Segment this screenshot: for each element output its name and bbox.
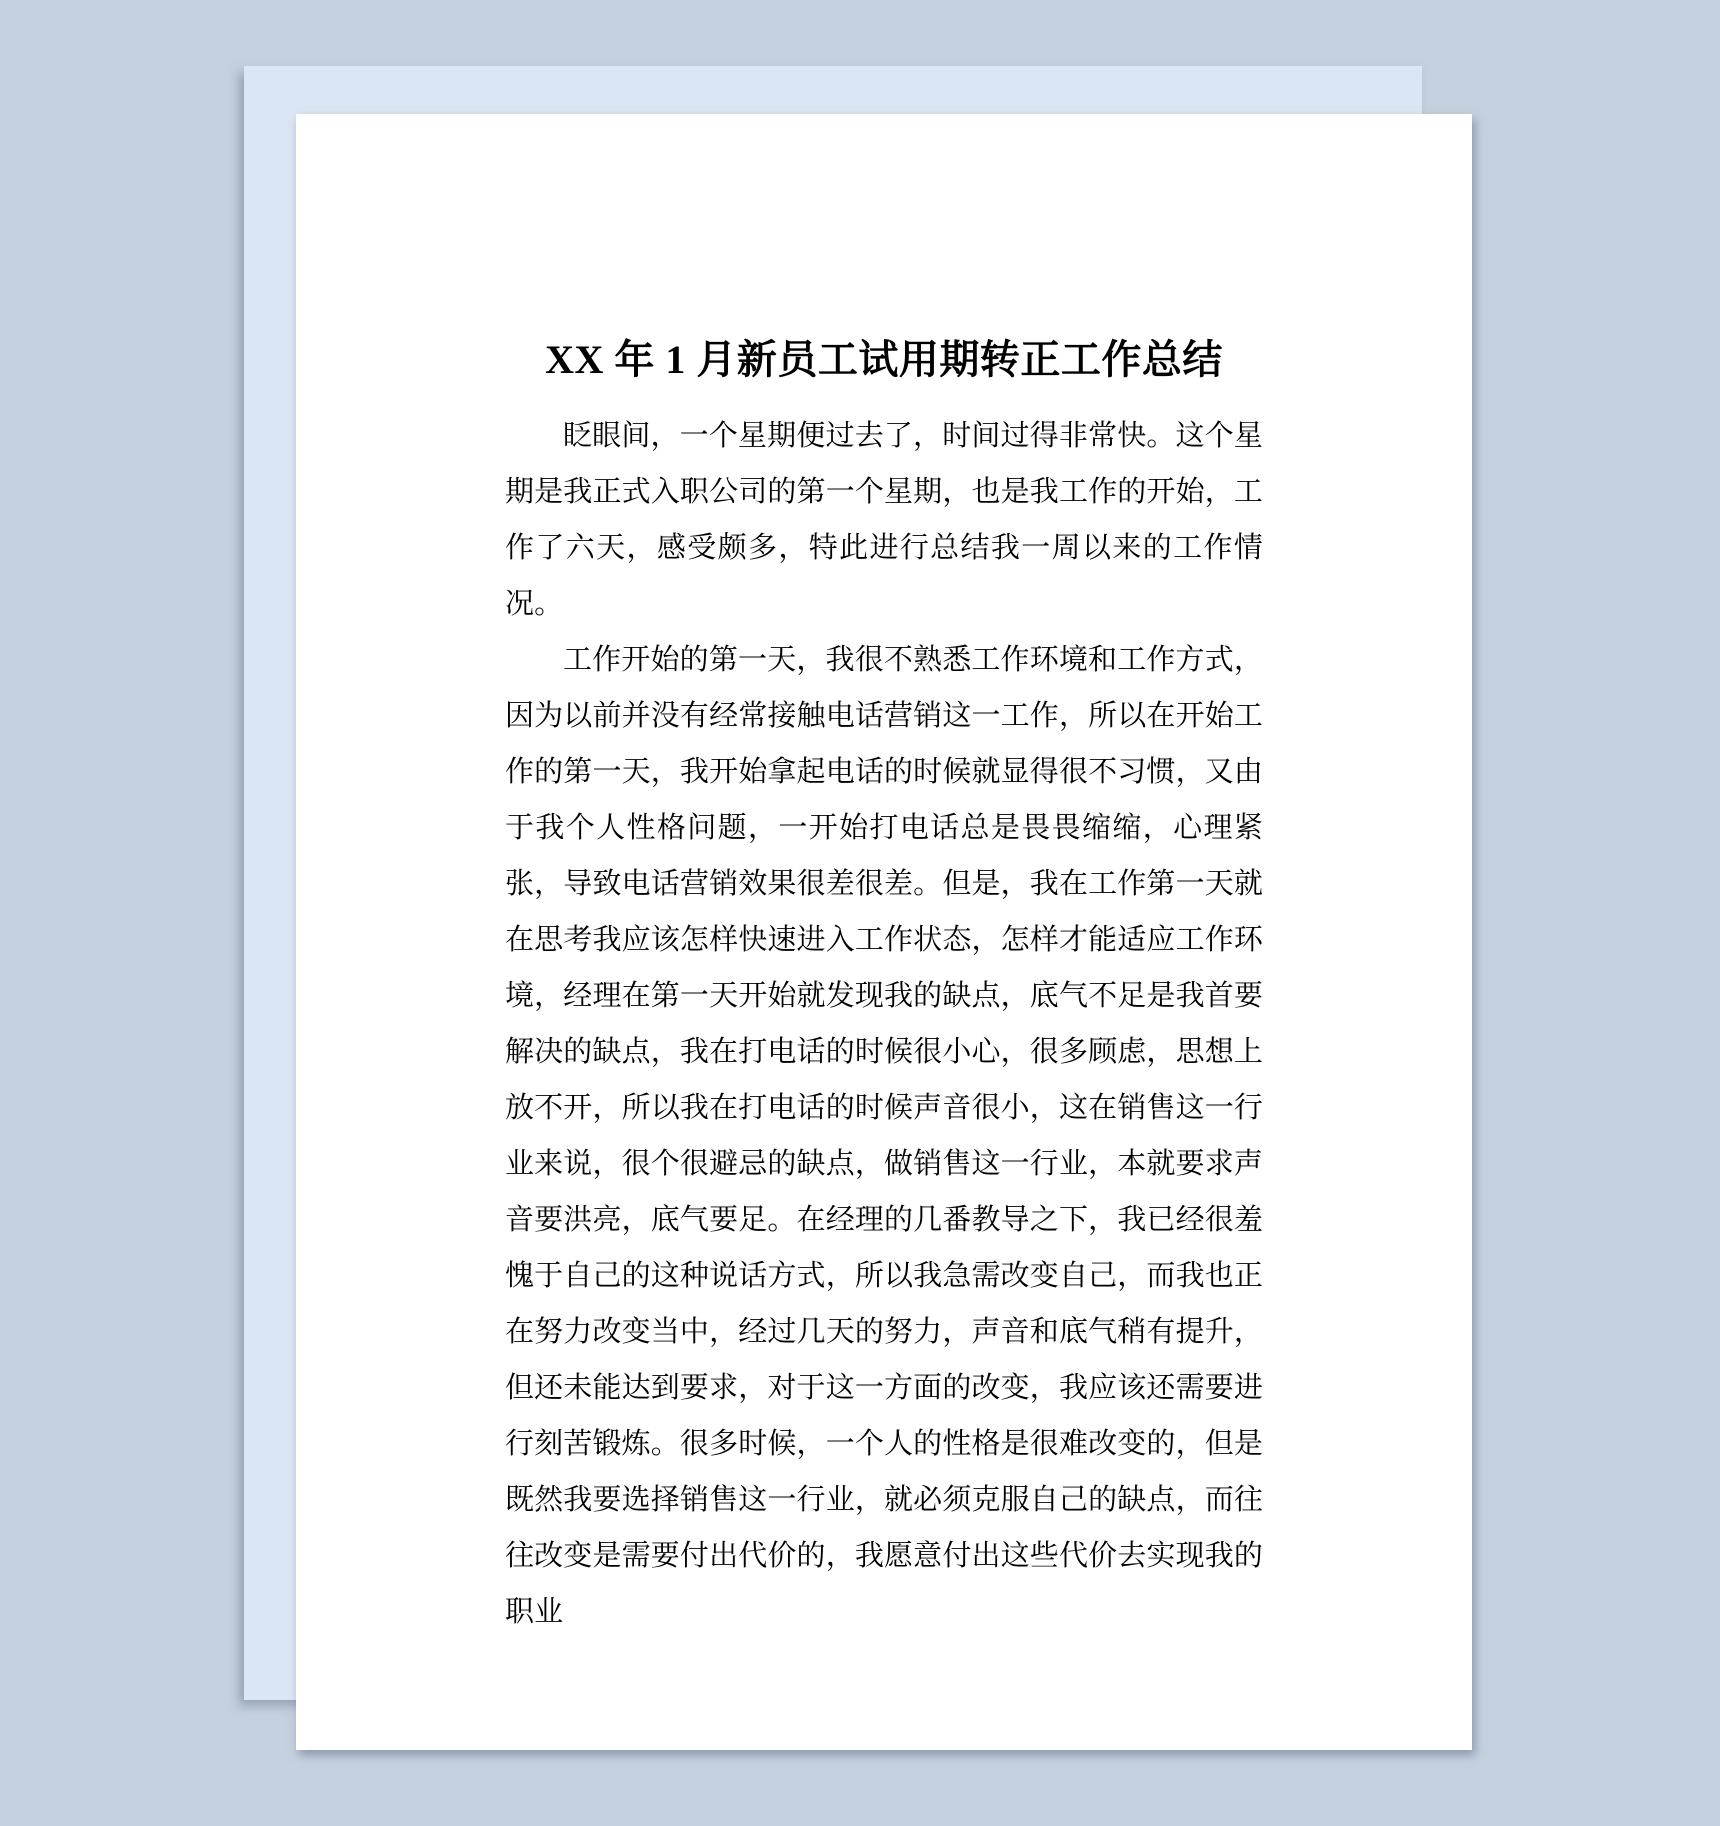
document-page: XX 年 1 月新员工试用期转正工作总结 眨眼间，一个星期便过去了，时间过得非常…	[296, 114, 1472, 1750]
canvas-background: XX 年 1 月新员工试用期转正工作总结 眨眼间，一个星期便过去了，时间过得非常…	[0, 0, 1720, 1826]
document-title: XX 年 1 月新员工试用期转正工作总结	[505, 114, 1263, 384]
document-paragraph: 工作开始的第一天，我很不熟悉工作环境和工作方式，因为以前并没有经常接触电话营销这…	[505, 632, 1263, 1640]
document-text-area: XX 年 1 月新员工试用期转正工作总结 眨眼间，一个星期便过去了，时间过得非常…	[296, 114, 1472, 1750]
document-paragraph: 眨眼间，一个星期便过去了，时间过得非常快。这个星期是我正式入职公司的第一个星期，…	[505, 408, 1263, 632]
